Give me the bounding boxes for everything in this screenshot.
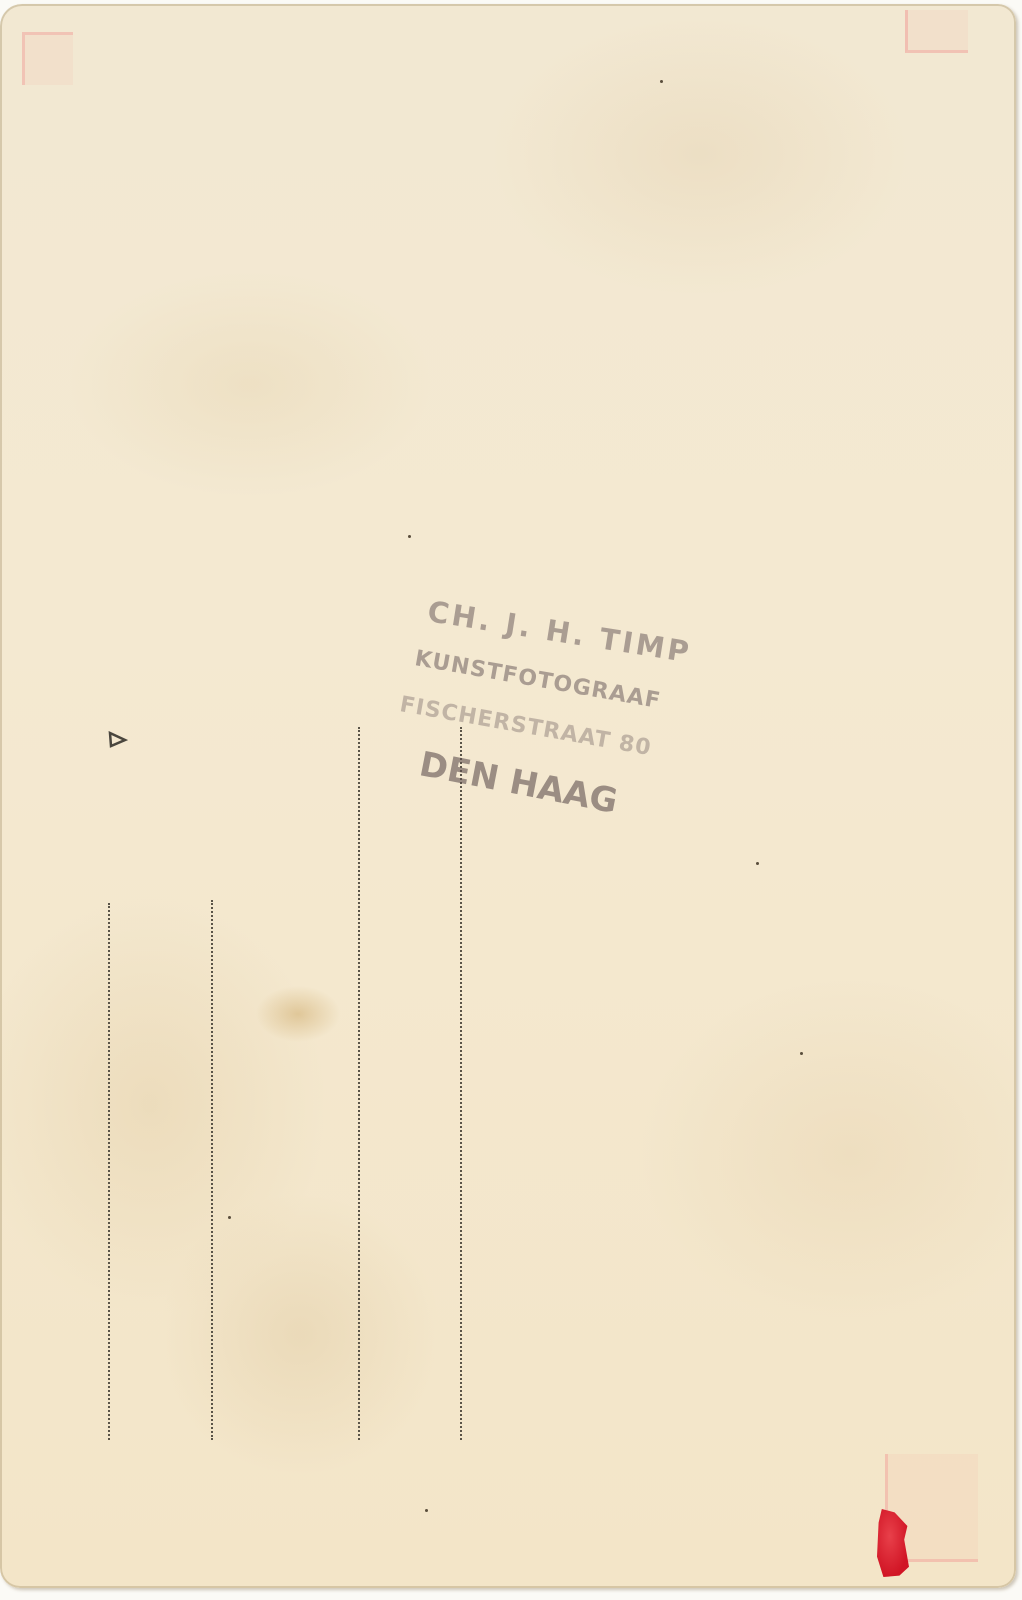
speck — [660, 80, 663, 83]
pink-corner-mark — [905, 10, 968, 53]
speck — [228, 1216, 231, 1219]
stamp-city: DEN HAAG — [416, 744, 621, 822]
pink-corner-mark — [22, 32, 73, 85]
address-line-2 — [211, 900, 213, 1440]
speck — [425, 1509, 428, 1512]
address-line-3 — [358, 727, 360, 1440]
speck — [408, 535, 411, 538]
speck — [800, 1052, 803, 1055]
photographer-stamp: CH. J. H. TIMP KUNSTFOTOGRAAF FISCHERSTR… — [400, 594, 780, 874]
address-line-1 — [108, 903, 110, 1440]
speck — [756, 862, 759, 865]
photo-card-back: CH. J. H. TIMP KUNSTFOTOGRAAF FISCHERSTR… — [0, 4, 1016, 1588]
